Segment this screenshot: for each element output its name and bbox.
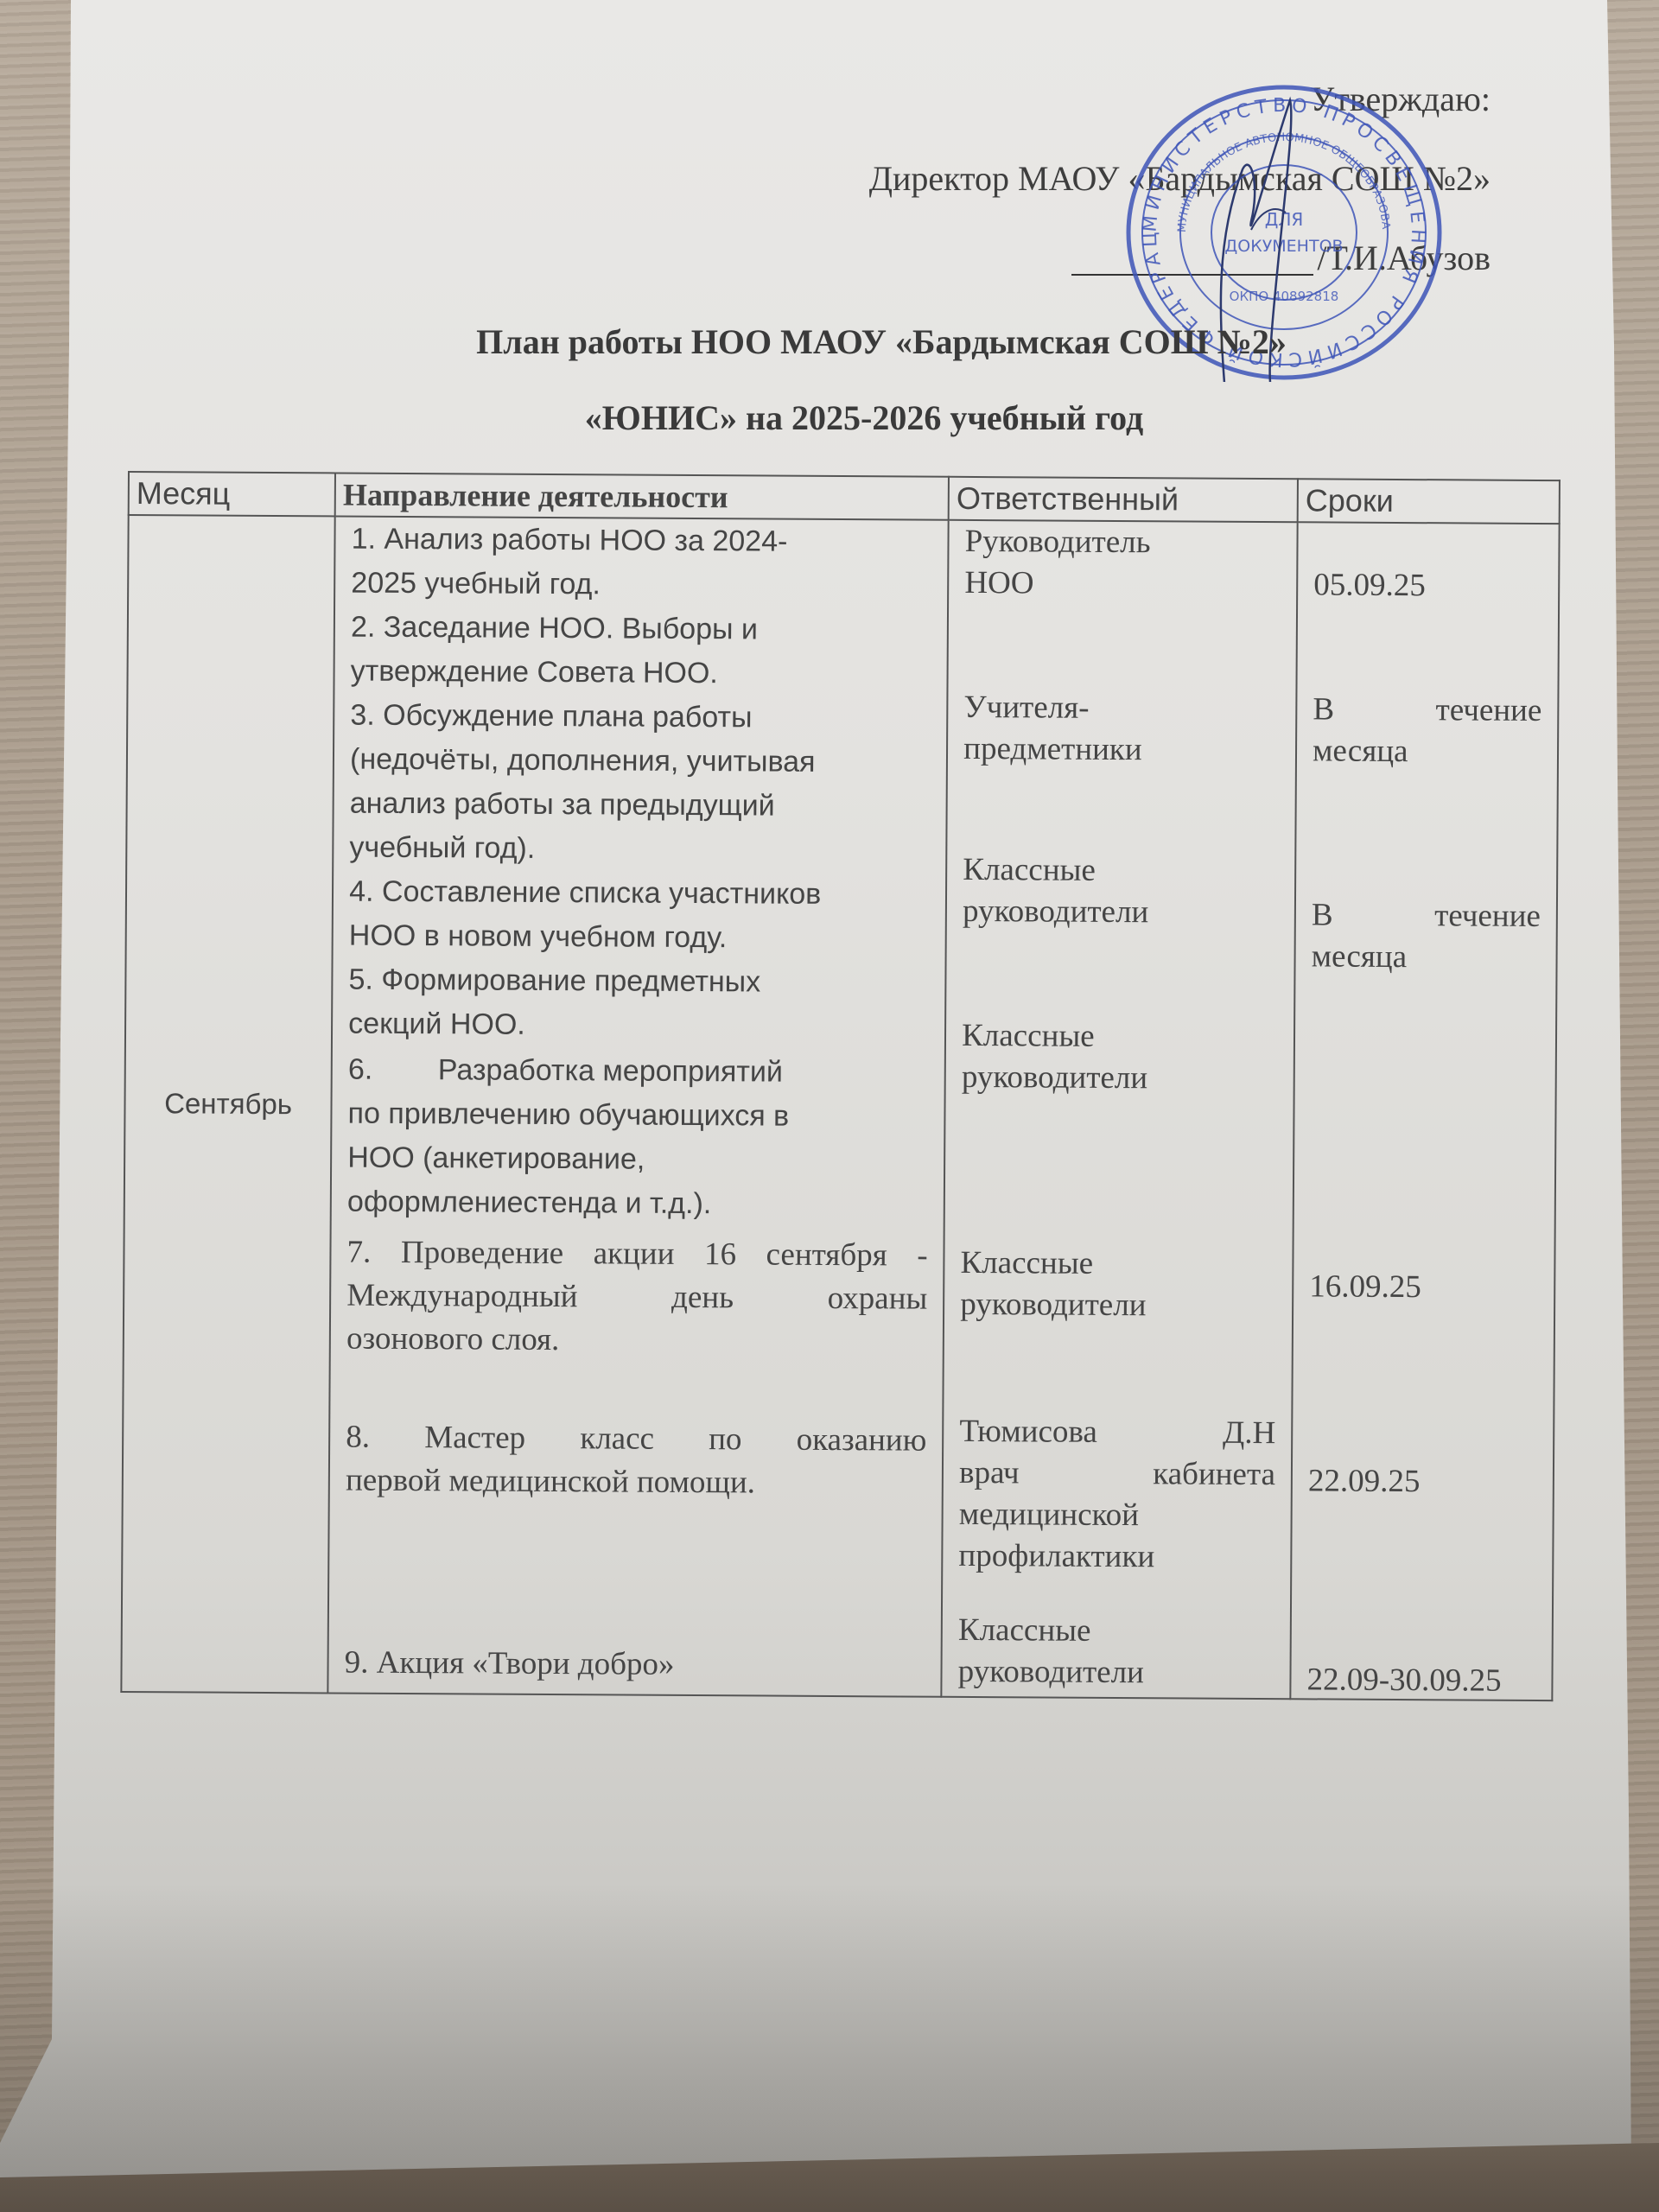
term-6: 22.09-30.09.25 (1306, 1659, 1535, 1702)
activity-9: 9. Акция «Твори добро» (345, 1643, 925, 1688)
terms-cell: 05.09.25 В течениемесяца В течениемесяца… (1290, 522, 1559, 1700)
work-plan-table: Месяц Направление деятельности Ответстве… (120, 471, 1560, 1701)
responsible-cell: РуководительНОО Учителя-предметники Клас… (942, 520, 1298, 1699)
responsible-4: Классныеруководители (962, 1015, 1278, 1100)
signature-row: /Т.И.Абузов (869, 239, 1491, 276)
header-terms: Сроки (1298, 479, 1560, 524)
activity-4: 4. Составление списка участниковНОО в но… (349, 870, 931, 962)
header-responsible: Ответственный (949, 477, 1298, 522)
responsible-7: Классныеруководители (958, 1610, 1274, 1694)
activity-5: 5. Формирование предметныхсекций НОО. (348, 958, 930, 1050)
term-4: 16.09.25 (1309, 1266, 1538, 1309)
header-month: Месяц (129, 472, 335, 516)
table-row: Сентябрь 1. Анализ работы НОО за 2024-20… (121, 515, 1559, 1700)
responsible-1: РуководительНОО (964, 521, 1281, 606)
term-1: 05.09.25 (1313, 564, 1542, 607)
document-subtitle: «ЮНИС» на 2025-2026 учебный год (35, 397, 1659, 438)
term-5: 22.09.25 (1308, 1460, 1537, 1503)
activity-7: 7. Проведение акции 16 сентября -Междуна… (346, 1231, 928, 1364)
term-2: В течениемесяца (1313, 689, 1542, 773)
document-title: План работы НОО МАОУ «Бардымская СОШ №2» (52, 321, 1659, 362)
responsible-2: Учителя-предметники (963, 687, 1280, 772)
header-activity: Направление деятельности (335, 473, 949, 519)
signature-line (1071, 239, 1313, 276)
signatory-name: /Т.И.Абузов (1317, 238, 1491, 277)
term-3: В течениемесяца (1311, 894, 1541, 979)
approve-label: Утверждаю: (869, 82, 1491, 117)
activity-3: 3. Обсуждение плана работы(недочёты, доп… (349, 694, 931, 874)
activity-cell: 1. Анализ работы НОО за 2024-2025 учебны… (328, 516, 949, 1696)
activity-2: 2. Заседание НОО. Выборы иутверждение Со… (351, 606, 932, 697)
responsible-5: Классныеруководители (960, 1243, 1276, 1327)
activity-8: 8. Мастер класс по оказаниюпервой медици… (346, 1416, 927, 1506)
responsible-3: Классныеруководители (963, 849, 1279, 934)
activity-6: 6. Разработка мероприятийпо привлечению … (347, 1048, 929, 1228)
director-position: Директор МАОУ «Бардымская СОШ №2» (869, 162, 1491, 196)
responsible-6: Тюмисова Д.Нврач кабинетамедицинскойпроф… (958, 1411, 1275, 1579)
month-cell: Сентябрь (121, 515, 334, 1693)
activity-1: 1. Анализ работы НОО за 2024-2025 учебны… (351, 518, 932, 609)
approval-block: Утверждаю: Директор МАОУ «Бардымская СОШ… (869, 82, 1491, 276)
